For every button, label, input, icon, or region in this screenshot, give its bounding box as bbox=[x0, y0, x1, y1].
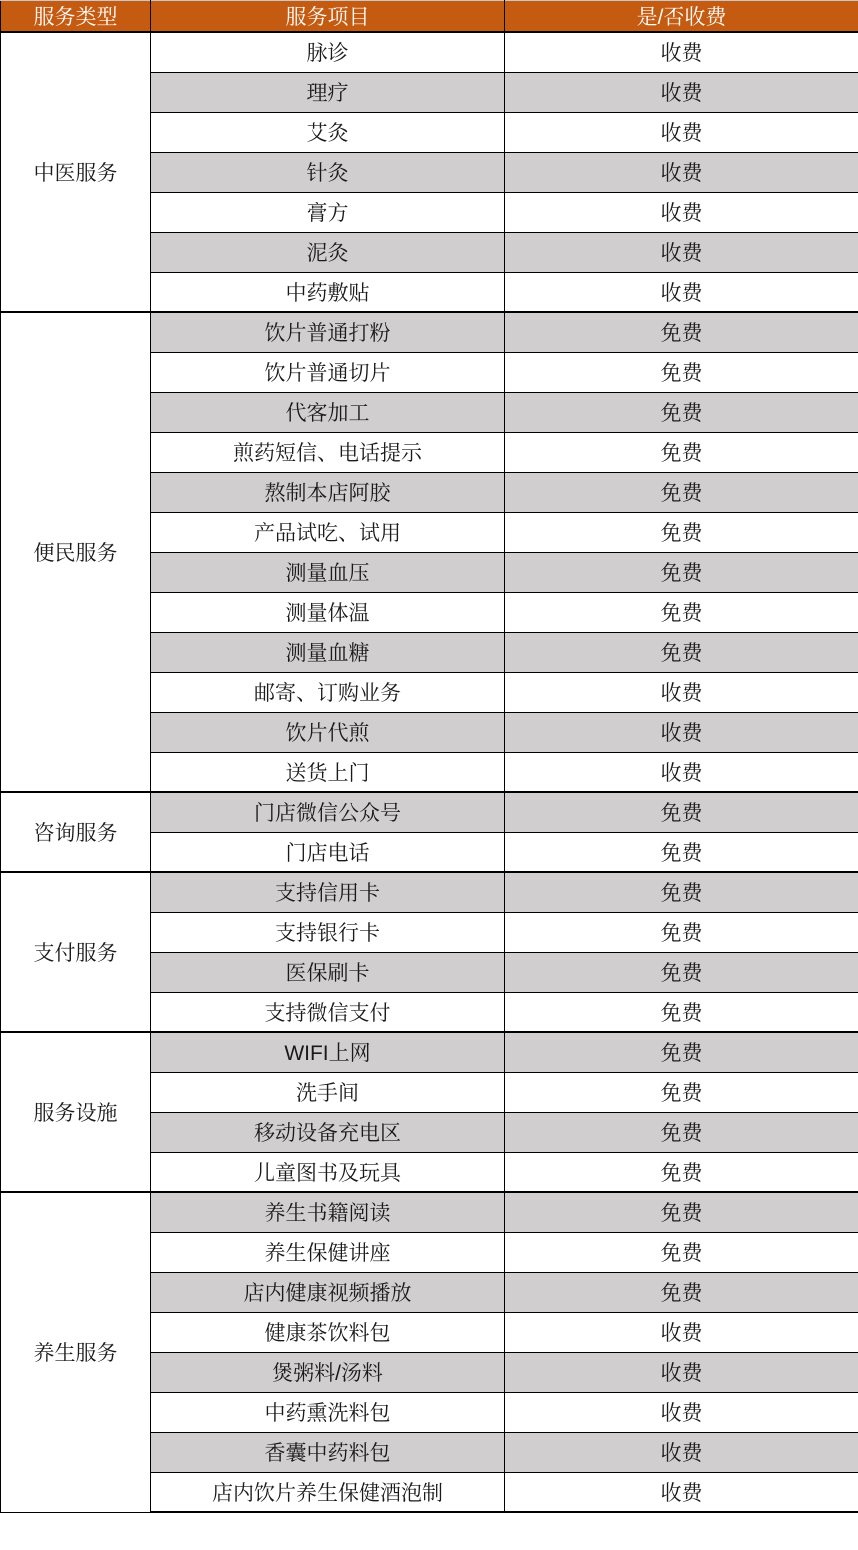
screenshot-root: 服务类型 服务项目 是/否收费 中医服务脉诊收费理疗收费艾灸收费针灸收费膏方收费… bbox=[0, 0, 858, 1550]
service-item-cell: 中药敷贴 bbox=[151, 272, 505, 312]
fee-status-cell: 免费 bbox=[505, 552, 858, 592]
service-item-cell: 移动设备充电区 bbox=[151, 1112, 505, 1152]
service-item-cell: 煲粥料/汤料 bbox=[151, 1352, 505, 1392]
column-header-service-type: 服务类型 bbox=[1, 1, 151, 33]
fee-status-cell: 收费 bbox=[505, 1472, 858, 1512]
service-item-cell: 脉诊 bbox=[151, 32, 505, 72]
fee-status-cell: 免费 bbox=[505, 592, 858, 632]
fee-status-cell: 收费 bbox=[505, 752, 858, 792]
service-item-cell: 养生保健讲座 bbox=[151, 1232, 505, 1272]
column-header-service-item: 服务项目 bbox=[151, 1, 505, 33]
fee-status-cell: 收费 bbox=[505, 1352, 858, 1392]
service-item-cell: 煎药短信、电话提示 bbox=[151, 432, 505, 472]
table-body: 中医服务脉诊收费理疗收费艾灸收费针灸收费膏方收费泥灸收费中药敷贴收费便民服务饮片… bbox=[1, 32, 858, 1512]
table-row: 支付服务支持信用卡免费 bbox=[1, 872, 858, 912]
service-item-cell: 邮寄、订购业务 bbox=[151, 672, 505, 712]
service-item-cell: 儿童图书及玩具 bbox=[151, 1152, 505, 1192]
fee-status-cell: 免费 bbox=[505, 1152, 858, 1192]
service-item-cell: 产品试吃、试用 bbox=[151, 512, 505, 552]
fee-status-cell: 收费 bbox=[505, 672, 858, 712]
service-item-cell: 膏方 bbox=[151, 192, 505, 232]
service-type-cell: 养生服务 bbox=[1, 1192, 151, 1512]
service-item-cell: 支持银行卡 bbox=[151, 912, 505, 952]
fee-status-cell: 免费 bbox=[505, 792, 858, 832]
service-item-cell: 测量血糖 bbox=[151, 632, 505, 672]
column-header-fee-status: 是/否收费 bbox=[505, 1, 858, 33]
fee-status-cell: 免费 bbox=[505, 832, 858, 872]
fee-status-cell: 收费 bbox=[505, 72, 858, 112]
fee-status-cell: 免费 bbox=[505, 1032, 858, 1072]
service-item-cell: WIFI上网 bbox=[151, 1032, 505, 1072]
fee-status-cell: 免费 bbox=[505, 432, 858, 472]
fee-status-cell: 免费 bbox=[505, 512, 858, 552]
fee-status-cell: 免费 bbox=[505, 632, 858, 672]
fee-status-cell: 收费 bbox=[505, 1312, 858, 1352]
service-item-cell: 送货上门 bbox=[151, 752, 505, 792]
service-item-cell: 测量血压 bbox=[151, 552, 505, 592]
service-item-cell: 医保刷卡 bbox=[151, 952, 505, 992]
service-item-cell: 熬制本店阿胶 bbox=[151, 472, 505, 512]
service-type-cell: 咨询服务 bbox=[1, 792, 151, 872]
fee-status-cell: 收费 bbox=[505, 192, 858, 232]
service-item-cell: 健康茶饮料包 bbox=[151, 1312, 505, 1352]
service-item-cell: 店内饮片养生保健酒泡制 bbox=[151, 1472, 505, 1512]
table-header: 服务类型 服务项目 是/否收费 bbox=[1, 1, 858, 33]
fee-status-cell: 收费 bbox=[505, 32, 858, 72]
fee-status-cell: 免费 bbox=[505, 312, 858, 352]
service-item-cell: 饮片代煎 bbox=[151, 712, 505, 752]
fee-status-cell: 免费 bbox=[505, 392, 858, 432]
fee-status-cell: 免费 bbox=[505, 992, 858, 1032]
fee-status-cell: 免费 bbox=[505, 912, 858, 952]
service-item-cell: 中药熏洗料包 bbox=[151, 1392, 505, 1432]
service-item-cell: 店内健康视频播放 bbox=[151, 1272, 505, 1312]
service-fee-table: 服务类型 服务项目 是/否收费 中医服务脉诊收费理疗收费艾灸收费针灸收费膏方收费… bbox=[0, 0, 858, 1513]
fee-status-cell: 免费 bbox=[505, 1192, 858, 1232]
service-item-cell: 饮片普通切片 bbox=[151, 352, 505, 392]
table-row: 中医服务脉诊收费 bbox=[1, 32, 858, 72]
service-type-cell: 支付服务 bbox=[1, 872, 151, 1032]
fee-status-cell: 收费 bbox=[505, 1432, 858, 1472]
fee-status-cell: 免费 bbox=[505, 352, 858, 392]
fee-status-cell: 免费 bbox=[505, 1272, 858, 1312]
fee-status-cell: 收费 bbox=[505, 232, 858, 272]
service-type-cell: 中医服务 bbox=[1, 32, 151, 312]
service-type-cell: 便民服务 bbox=[1, 312, 151, 792]
service-item-cell: 饮片普通打粉 bbox=[151, 312, 505, 352]
fee-status-cell: 免费 bbox=[505, 1232, 858, 1272]
table-row: 咨询服务门店微信公众号免费 bbox=[1, 792, 858, 832]
table-row: 养生服务养生书籍阅读免费 bbox=[1, 1192, 858, 1232]
table-row: 服务设施WIFI上网免费 bbox=[1, 1032, 858, 1072]
service-item-cell: 支持微信支付 bbox=[151, 992, 505, 1032]
fee-status-cell: 收费 bbox=[505, 272, 858, 312]
service-item-cell: 代客加工 bbox=[151, 392, 505, 432]
service-item-cell: 艾灸 bbox=[151, 112, 505, 152]
service-item-cell: 理疗 bbox=[151, 72, 505, 112]
fee-status-cell: 免费 bbox=[505, 1112, 858, 1152]
service-item-cell: 针灸 bbox=[151, 152, 505, 192]
service-item-cell: 洗手间 bbox=[151, 1072, 505, 1112]
fee-status-cell: 免费 bbox=[505, 472, 858, 512]
fee-status-cell: 免费 bbox=[505, 872, 858, 912]
service-type-cell: 服务设施 bbox=[1, 1032, 151, 1192]
fee-status-cell: 免费 bbox=[505, 952, 858, 992]
service-item-cell: 门店微信公众号 bbox=[151, 792, 505, 832]
service-item-cell: 测量体温 bbox=[151, 592, 505, 632]
header-row: 服务类型 服务项目 是/否收费 bbox=[1, 1, 858, 33]
service-item-cell: 香囊中药料包 bbox=[151, 1432, 505, 1472]
service-item-cell: 门店电话 bbox=[151, 832, 505, 872]
service-item-cell: 养生书籍阅读 bbox=[151, 1192, 505, 1232]
fee-status-cell: 收费 bbox=[505, 1392, 858, 1432]
fee-status-cell: 免费 bbox=[505, 1072, 858, 1112]
fee-status-cell: 收费 bbox=[505, 152, 858, 192]
service-item-cell: 泥灸 bbox=[151, 232, 505, 272]
fee-status-cell: 收费 bbox=[505, 112, 858, 152]
fee-status-cell: 收费 bbox=[505, 712, 858, 752]
table-row: 便民服务饮片普通打粉免费 bbox=[1, 312, 858, 352]
service-item-cell: 支持信用卡 bbox=[151, 872, 505, 912]
